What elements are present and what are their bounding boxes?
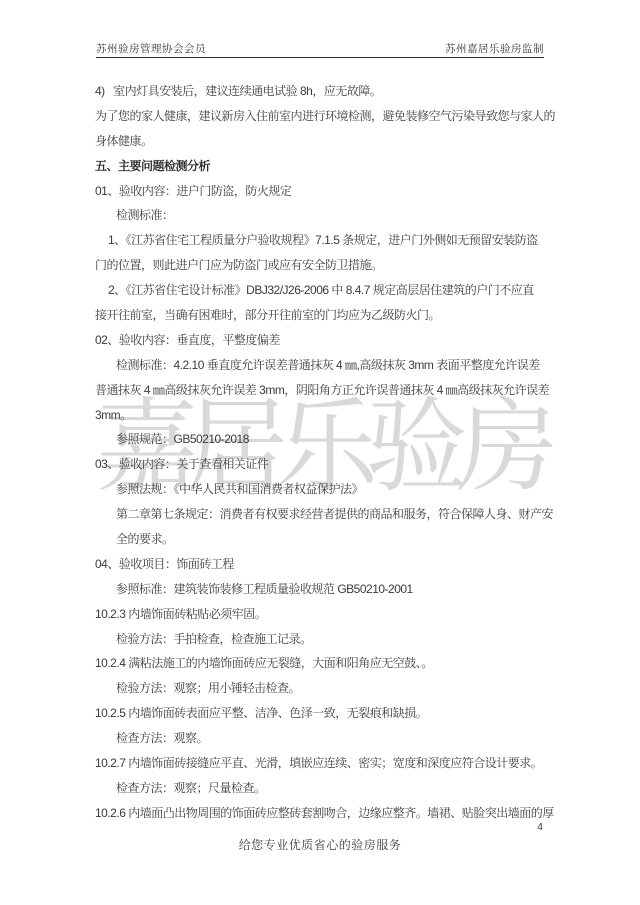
page-number: 4 (537, 821, 543, 833)
text-line: 10.2.3 内墙饰面砖粘贴必须牢固。 (95, 602, 547, 627)
text-line: 01、验收内容：进户门防盗，防火规定 (95, 179, 547, 204)
text-line: 参照规范：GB50210-2018 (95, 427, 547, 452)
text-line: 04、验收项目：饰面砖工程 (95, 552, 547, 577)
text-line: 检查方法：观察。 (95, 726, 547, 751)
text-line: 身体健康。 (95, 129, 547, 154)
header-right-text: 苏州嘉居乐验房监制 (445, 41, 544, 56)
text-line: 参照标准：建筑装饰装修工程质量验收规范 GB50210-2001 (95, 577, 547, 602)
text-line: 3mm。 (95, 403, 547, 428)
text-line: 全的要求。 (95, 527, 547, 552)
header-left-text: 苏州验房管理协会会员 (96, 41, 206, 56)
text-line: 检测标准：4.2.10 垂直度允许误差普通抹灰 4 ㎜,高级抹灰 3mm 表面平… (95, 353, 547, 378)
text-line: 检验方法：手拍检查，检查施工记录。 (95, 627, 547, 652)
text-line: 10.2.5 内墙饰面砖表面应平整、洁净、色泽一致，无裂痕和缺损。 (95, 701, 547, 726)
text-line: 1、《江苏省住宅工程质量分户验收规程》7.1.5 条规定，进户门外侧如无预留安装… (95, 228, 547, 253)
text-line: 门的位置，则此进户门应为防盗门或应有安全防卫措施。 (95, 253, 547, 278)
document-page: 苏州验房管理协会会员 苏州嘉居乐验房监制 嘉居乐验房 4) 室内灯具安装后，建议… (0, 0, 640, 905)
text-line: 检测标准： (95, 203, 547, 228)
text-line: 参照法规：《中华人民共和国消费者权益保护法》 (95, 477, 547, 502)
text-line: 03、验收内容：关于查看相关证件 (95, 452, 547, 477)
header-rule (96, 57, 544, 58)
text-line: 第二章第七条规定：消费者有权要求经营者提供的商品和服务，符合保障人身、财产安 (95, 502, 547, 527)
text-line: 4) 室内灯具安装后，建议连续通电试验 8h，应无故障。 (95, 79, 547, 104)
text-line: 普通抹灰 4 ㎜高级抹灰允许误差 3mm，阴阳角方正允许误普通抹灰 4 ㎜高级抹… (95, 378, 547, 403)
text-line: 10.2.7 内墙饰面砖接缝应平直、光滑，填嵌应连续、密实；宽度和深度应符合设计… (95, 751, 547, 776)
page-header: 苏州验房管理协会会员 苏州嘉居乐验房监制 (96, 41, 544, 56)
text-line: 接开往前室，当确有困难时，部分开往前室的门均应为乙级防火门。 (95, 303, 547, 328)
text-line: 五、主要问题检测分析 (95, 154, 547, 179)
text-line: 检验方法：观察；用小锤轻击检查。 (95, 676, 547, 701)
text-line: 2、《江苏省住宅设计标准》DBJ32/J26-2006 中 8.4.7 规定高层… (95, 278, 547, 303)
document-body: 4) 室内灯具安装后，建议连续通电试验 8h，应无故障。为了您的家人健康，建议新… (95, 79, 547, 826)
text-line: 为了您的家人健康，建议新房入住前室内进行环境检测，避免装修空气污染导致您与家人的 (95, 104, 547, 129)
text-line: 10.2.4 满粘法施工的内墙饰面砖应无裂缝，大面和阳角应无空鼓、。 (95, 651, 547, 676)
footer-slogan: 给您专业优质省心的验房服务 (0, 836, 640, 853)
text-line: 检查方法：观察；尺量检查。 (95, 776, 547, 801)
text-line: 10.2.6 内墙面凸出物周围的饰面砖应整砖套割吻合，边缘应整齐。墙裙、贴脸突出… (95, 801, 547, 826)
text-line: 02、验收内容：垂直度，平整度偏差 (95, 328, 547, 353)
